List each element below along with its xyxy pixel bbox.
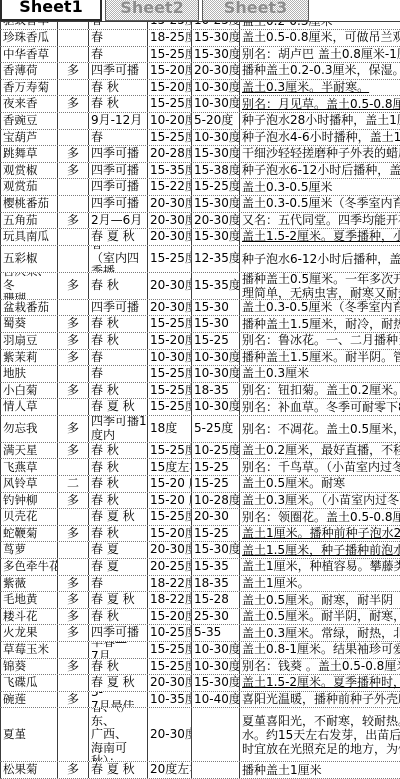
cell-growth-type[interactable]: 多 [58, 213, 89, 229]
cell-note[interactable]: 播种盖土1.5厘米，耐冷，耐热，花 [240, 316, 400, 332]
cell-sow-season[interactable]: 春 夏 秋 [89, 509, 148, 525]
cell-sow-season[interactable]: 春 秋 [89, 443, 148, 459]
cell-plant-name[interactable]: 贝壳花 [0, 509, 58, 525]
cell-growth-temp[interactable]: 10-30度 [192, 130, 240, 146]
cell-growth-temp-text: 15-30度 [194, 676, 240, 690]
cell-growth-type[interactable]: 多 [58, 493, 89, 509]
cell-plant-name[interactable]: 勿忘我 [0, 416, 58, 442]
cell-germination-temp[interactable]: 20度左右 [148, 762, 192, 778]
cell-germination-temp[interactable]: 18-25度 [148, 30, 192, 46]
cell-growth-temp[interactable]: 15-25度 [192, 179, 240, 195]
note-lines: 盖土0.3-0.5厘米 [242, 180, 333, 195]
cell-growth-type[interactable] [58, 675, 89, 691]
cell-plant-name[interactable]: 毛地黄 [0, 592, 58, 608]
cell-plant-name[interactable]: 情人草 [0, 399, 58, 415]
cell-note[interactable]: 盖土1厘米。 [240, 576, 400, 592]
cell-germination-temp-text: 15-20 度 [150, 477, 192, 491]
cell-growth-temp[interactable]: 12-35度 [192, 246, 240, 272]
table-row: 小白菊多春 秋15-25度18-35别名：钮扣菊。盖土0.2厘米。花 [0, 383, 400, 400]
cell-growth-temp[interactable]: 5-35 [192, 625, 240, 641]
cell-note[interactable]: 盖土1厘米，种植容易。攀藤类植 [240, 559, 400, 575]
cell-note[interactable]: 别名：鲁冰花。一、二月播种当年 [240, 333, 400, 349]
cell-growth-temp[interactable]: 15-38度 [192, 163, 240, 179]
cell-growth-type[interactable]: 多 [58, 316, 89, 332]
cell-growth-type-text: 多 [67, 334, 79, 348]
cell-growth-type[interactable] [58, 459, 89, 475]
cell-growth-temp[interactable]: 10-28度 [192, 493, 240, 509]
cell-growth-type[interactable]: 多 [58, 350, 89, 366]
cell-growth-type[interactable]: 多 [58, 273, 89, 299]
cell-plant-name[interactable]: 多色牵牛花 [0, 559, 58, 575]
cell-plant-name[interactable]: 火龙果 [0, 625, 58, 641]
cell-note[interactable]: 别名：钱葵 。盖土0.5-0.8厘米 耐 [240, 659, 400, 675]
cell-note[interactable]: 盖土0.3-0.5厘米（冬季室内育苗） [240, 300, 400, 316]
cell-sow-season[interactable]: 春、（广 东、广西、 海南可 秋）； [89, 708, 148, 761]
cell-plant-name-text: 盆栽番茄 [3, 301, 49, 315]
cell-sow-season[interactable]: 春 [89, 350, 148, 366]
cell-sow-season[interactable]: 四季可播 [89, 625, 148, 641]
cell-growth-type[interactable]: 二 [58, 476, 89, 492]
cell-sow-season[interactable]: 四季可播 [89, 63, 148, 79]
cell-germination-temp[interactable]: 15-25度 [148, 399, 192, 415]
cell-sow-season[interactable]: 春 夏 秋 [89, 675, 148, 691]
cell-sow-season[interactable]: 四季可播 [89, 300, 148, 316]
cell-plant-name[interactable]: 满天星 [0, 443, 58, 459]
cell-sow-season[interactable]: 春 夏 秋 [89, 399, 148, 415]
cell-germination-temp[interactable]: 20-30度 [148, 273, 192, 299]
cell-growth-temp[interactable]: 15-30度 [192, 196, 240, 212]
cell-plant-name[interactable]: 飞燕草 [0, 459, 58, 475]
cell-sow-season-text: 春 秋 [91, 660, 119, 674]
cell-sow-season-text: 9月-12月 [91, 114, 142, 128]
cell-sow-season[interactable]: 2月—6月 [89, 213, 148, 229]
note-line-text: 盖土0.3厘米。（小苗室内过冬） [242, 493, 400, 508]
cell-plant-name[interactable]: 五彩椒 [0, 246, 58, 272]
cell-germination-temp[interactable]: 10-35度 [148, 692, 192, 708]
cell-growth-type[interactable]: 多 [58, 692, 89, 708]
cell-germination-temp[interactable]: 20-30度 [148, 229, 192, 245]
cell-growth-temp-text: 15-35度 [194, 279, 240, 293]
cell-germination-temp[interactable]: 15-25度 [148, 443, 192, 459]
cell-sow-season[interactable]: 春 秋 [89, 476, 148, 492]
cell-growth-type[interactable]: 多 [58, 163, 89, 179]
cell-germination-temp[interactable]: 15-25度 [148, 246, 192, 272]
cell-growth-type[interactable] [58, 246, 89, 272]
cell-growth-type[interactable]: 多 [58, 96, 89, 112]
cell-sow-season[interactable]: 春 秋 [89, 333, 148, 349]
cell-growth-temp[interactable]: 5-20度 [192, 113, 240, 129]
cell-plant-name[interactable]: 地肤 [0, 366, 58, 382]
cell-germination-temp[interactable]: 15-20度 [148, 80, 192, 96]
cell-note[interactable]: 别名：胡卢巴 盖土0.8厘米-1厘米 [240, 47, 400, 63]
cell-note[interactable]: 播种盖土1.5厘米。耐半阴。管理 [240, 350, 400, 366]
cell-growth-temp[interactable]: 10-30度 [192, 96, 240, 112]
cell-growth-type[interactable]: 多 [58, 333, 89, 349]
cell-sow-season[interactable]: 春 夏 [89, 559, 148, 575]
cell-plant-name-text: 夏堇 [3, 728, 26, 742]
cell-note[interactable]: 种子泡水4-6小时播种，盖土1厘米 [240, 130, 400, 146]
note-line-text: 别名：钮扣菊。盖土0.2厘米。花 [242, 383, 400, 398]
cell-sow-season[interactable]: 春 秋 [89, 383, 148, 399]
cell-growth-type[interactable] [58, 399, 89, 415]
cell-germination-temp[interactable]: 15-20 度 [148, 493, 192, 509]
cell-sow-season[interactable]: 春 秋 [89, 459, 148, 475]
cell-germination-temp[interactable]: 20-30度 [148, 708, 192, 761]
cell-growth-temp[interactable]: 15-30度 [192, 675, 240, 691]
cell-plant-name[interactable]: 锦葵 [0, 659, 58, 675]
note-line-text: 喜阳光温暖，播种前种子外壳磨壳 [242, 692, 400, 707]
cell-plant-name-text: 樱桃番茄 [3, 197, 49, 211]
cell-sow-season-text: 春 [91, 131, 103, 145]
cell-growth-temp[interactable]: 15-25 [192, 526, 240, 542]
cell-sow-season[interactable]: 春 秋 [89, 273, 148, 299]
cell-germination-temp[interactable]: 15-25度 [148, 316, 192, 332]
cell-germination-temp[interactable]: 20-25度 [148, 559, 192, 575]
cell-germination-temp[interactable]: 10-25度 [148, 625, 192, 641]
cell-note[interactable]: 别名：领圈花。盖土0.5-0.8厘米。 [240, 509, 400, 525]
cell-note[interactable]: 盖土0.5厘米。耐半阴，耐寒，北方 [240, 609, 400, 625]
cell-sow-season[interactable]: 3-7月最佳 [89, 692, 148, 708]
cell-plant-name[interactable]: 风铃草 [0, 476, 58, 492]
cell-plant-name[interactable]: 草莓玉米 [0, 642, 58, 658]
cell-note[interactable]: 别名：补血草。冬季可耐零下8-15 [240, 399, 400, 415]
cell-growth-temp[interactable]: 15-35 [192, 559, 240, 575]
cell-germination-temp-text: 15-22度 [150, 180, 192, 194]
cell-sow-season[interactable]: 四季可播 [89, 163, 148, 179]
note-line-text: 盖土0.5厘米。耐寒，耐半阴 [242, 593, 393, 608]
cell-note[interactable]: 播种盖土0.5厘米。一年多次开花，理简单，无病虫害，耐寒又耐热， [240, 273, 400, 299]
cell-growth-temp[interactable]: 15-30度 [192, 146, 240, 162]
cell-growth-type[interactable]: 多 [58, 526, 89, 542]
cell-sow-season[interactable]: 春 夏 秋 [89, 762, 148, 778]
cell-growth-temp[interactable]: 20-30度 [192, 213, 240, 229]
cell-growth-type[interactable]: 多 [58, 625, 89, 641]
table-row: 勿忘我多四季可播18 度内18度5-25度别名：不凋花。盖土0.5厘米，直播 [0, 416, 400, 443]
cell-growth-temp[interactable]: 10-30度 [192, 366, 240, 382]
cell-germination-temp[interactable]: 15-25度 [148, 659, 192, 675]
cell-growth-temp[interactable]: 5-25度 [192, 416, 240, 442]
cell-growth-type[interactable] [58, 80, 89, 96]
cell-sow-season[interactable]: 春 夏 秋 [89, 592, 148, 608]
cell-plant-name[interactable]: 夏堇 [0, 708, 58, 761]
cell-plant-name[interactable]: 紫茉莉 [0, 350, 58, 366]
cell-growth-type[interactable] [58, 366, 89, 382]
cell-growth-temp[interactable]: 18-35 [192, 383, 240, 399]
cell-note[interactable]: 种子泡水6-12小时后播种，盖土1厘 [240, 163, 400, 179]
cell-growth-temp[interactable]: 10-30度 [192, 659, 240, 675]
cell-growth-temp[interactable]: 25-30 [192, 609, 240, 625]
cell-plant-name[interactable]: 中华香草 [0, 47, 58, 63]
cell-note[interactable]: 盖土0.3-0.5厘米（冬季室内育苗） [240, 196, 400, 212]
cell-germination-temp[interactable]: 15-25度 [148, 509, 192, 525]
cell-sow-season[interactable]: 早春—7月 [89, 642, 148, 658]
cell-sow-season-text: 春 秋 [91, 444, 119, 458]
cell-growth-temp[interactable]: 15-30度 [192, 229, 240, 245]
cell-growth-type[interactable]: 多 [58, 146, 89, 162]
cell-germination-temp-text: 15-20度 [150, 64, 192, 78]
cell-growth-type[interactable] [58, 47, 89, 63]
cell-growth-type[interactable] [58, 113, 89, 129]
cell-note[interactable]: 盖土1.5-2厘米。夏季播种，小苗要 [240, 229, 400, 245]
cell-note[interactable]: 盖土0.2厘米，最好直播，不移盆。 [240, 443, 400, 459]
cell-sow-season[interactable]: 四季可播 [89, 196, 148, 212]
cell-growth-type[interactable] [58, 196, 89, 212]
cell-sow-season[interactable]: 春 [89, 130, 148, 146]
cell-note[interactable]: 盖土1.5厘米，种子播种前泡水6小 [240, 542, 400, 558]
cell-germination-temp[interactable]: 20-30度 [148, 300, 192, 316]
table-row: 五角茄多2月—6月20-30度20-30度又名：五代同堂。四季均能开花， [0, 213, 400, 230]
table-row: 锦葵多春 秋15-25度10-30度别名：钱葵 。盖土0.5-0.8厘米 耐 [0, 659, 400, 676]
cell-sow-season[interactable]: 春 秋 [89, 80, 148, 96]
cell-plant-name[interactable]: 夜来香 [0, 96, 58, 112]
cell-note[interactable]: 盖土0.5厘米。耐寒 [240, 476, 400, 492]
cell-plant-name-text: 毛地黄 [3, 593, 38, 607]
cell-plant-name[interactable]: 观赏椒 [0, 163, 58, 179]
cell-growth-temp-text: 18-35 [194, 384, 229, 398]
cell-growth-type[interactable] [58, 559, 89, 575]
cell-growth-temp[interactable]: 15-25 [192, 476, 240, 492]
cell-note[interactable]: 别名：钮扣菊。盖土0.2厘米。花 [240, 383, 400, 399]
cell-plant-name[interactable]: 碗莲 [0, 692, 58, 708]
cell-growth-temp[interactable]: 15-35度 [192, 273, 240, 299]
cell-growth-type-text: 多 [67, 214, 79, 228]
cell-germination-temp[interactable]: 15-25度 [148, 383, 192, 399]
cell-growth-temp[interactable]: 15-30 [192, 316, 240, 332]
cell-growth-type[interactable] [58, 229, 89, 245]
cell-growth-type-text: 多 [67, 317, 79, 331]
cell-germination-temp[interactable]: 20-28度 [148, 146, 192, 162]
cell-plant-name[interactable]: 松果菊 [0, 762, 58, 778]
cell-germination-temp[interactable]: 15-25度 [148, 130, 192, 146]
cell-plant-name[interactable]: 蛇鞭菊 [0, 526, 58, 542]
cell-plant-name[interactable]: 跳舞草 [0, 146, 58, 162]
cell-sow-season[interactable]: 春 秋 [89, 493, 148, 509]
cell-germination-temp[interactable]: 15-20度 [148, 526, 192, 542]
cell-germination-temp-text: 10-25度 [150, 626, 192, 640]
cell-growth-temp[interactable] [192, 708, 240, 761]
cell-growth-temp[interactable]: 10-30度 [192, 399, 240, 415]
cell-plant-name[interactable]: 香万寿菊 [0, 80, 58, 96]
table-row: 满天星多春 秋15-25度10-25度盖土0.2厘米，最好直播，不移盆。 [0, 443, 400, 460]
tab-sheet3[interactable]: Sheet3 [202, 0, 309, 21]
cell-growth-temp[interactable]: 10-40度 [192, 692, 240, 708]
cell-plant-name[interactable]: 钓钟柳 [0, 493, 58, 509]
cell-plant-name[interactable]: 紫薇 [0, 576, 58, 592]
cell-plant-name[interactable]: 茑萝 [0, 542, 58, 558]
cell-note[interactable]: 种子泡水28小时播种，盖土1厘米 [240, 113, 400, 129]
cell-germination-temp-text: 20-30度 [150, 301, 192, 315]
cell-germination-temp-text: 18-22度 [150, 577, 192, 591]
cell-germination-temp[interactable]: 18-22度 [148, 576, 192, 592]
cell-sow-season-text: 春 秋 [91, 461, 119, 475]
cell-growth-temp[interactable]: 15-30度 [192, 30, 240, 46]
cell-sow-season[interactable]: 四季可播 [89, 179, 148, 195]
cell-plant-name[interactable]: 观赏茄 [0, 179, 58, 195]
note-lines: 盖土0.5厘米。耐半阴，耐寒，北方 [242, 609, 400, 624]
cell-plant-name[interactable]: 香薄荷 [0, 63, 58, 79]
cell-plant-name-text: 飞燕草 [3, 461, 38, 475]
tab-sheet1[interactable]: Sheet1 [0, 0, 102, 21]
cell-growth-temp[interactable]: 10-30度 [192, 350, 240, 366]
cell-germination-temp[interactable]: 20-30度 [148, 542, 192, 558]
cell-sow-season[interactable]: 春 秋 [89, 659, 148, 675]
cell-growth-temp[interactable]: 10-30度 [192, 642, 240, 658]
cell-germination-temp[interactable]: 18-22度 [148, 592, 192, 608]
cell-germination-temp[interactable]: 20-30度 [148, 213, 192, 229]
cell-sow-season[interactable]: 四季可播18 度内 [89, 416, 148, 442]
cell-germination-temp[interactable]: 10-30度 [148, 350, 192, 366]
cell-germination-temp[interactable]: 15-25度 [148, 47, 192, 63]
cell-germination-temp[interactable]: 20-30度 [148, 196, 192, 212]
cell-growth-temp[interactable] [192, 762, 240, 778]
cell-sow-season[interactable]: 春 [89, 576, 148, 592]
cell-note[interactable]: 盖土0.5厘米。耐寒，耐半阴 [240, 592, 400, 608]
cell-note[interactable]: 盖土1.5-2厘米。夏季播种时，小苗 [240, 675, 400, 691]
table-row: 宝葫芦春15-25度10-30度种子泡水4-6小时播种，盖土1厘米 [0, 130, 400, 147]
cell-growth-temp[interactable]: 20-30度 [192, 63, 240, 79]
cell-sow-season[interactable]: 春 夏 [89, 542, 148, 558]
cell-note[interactable]: 干细沙轻轻搓磨种子外表的蜡质， [240, 146, 400, 162]
cell-sow-season[interactable]: 春 秋 [89, 96, 148, 112]
cell-growth-temp[interactable]: 15-25 [192, 459, 240, 475]
cell-growth-type[interactable] [58, 130, 89, 146]
cell-sow-season[interactable]: 9月-12月 [89, 113, 148, 129]
cell-plant-name[interactable]: 吉庆果、冬 珊瑚 [0, 273, 58, 299]
tab-sheet2[interactable]: Sheet2 [105, 0, 199, 21]
cell-growth-type[interactable]: 多 [58, 383, 89, 399]
cell-plant-name-text: 锦葵 [3, 660, 26, 674]
cell-note[interactable]: 盖土0.3-0.5厘米 [240, 179, 400, 195]
cell-growth-type[interactable]: 多 [58, 609, 89, 625]
note-line-text: 盖土0.8-1厘米。结果袖珍可爱，就 [242, 642, 400, 657]
cell-plant-name[interactable]: 耧斗花 [0, 609, 58, 625]
cell-plant-name[interactable]: 小白菊 [0, 383, 58, 399]
cell-growth-type[interactable] [58, 509, 89, 525]
cell-germination-temp[interactable]: 15度左右 [148, 459, 192, 475]
cell-growth-type[interactable] [58, 300, 89, 316]
cell-germination-temp[interactable]: 15-25度 [148, 366, 192, 382]
cell-plant-name[interactable]: 宝葫芦 [0, 130, 58, 146]
cell-growth-type[interactable]: 多 [58, 63, 89, 79]
cell-sow-season[interactable]: 四季可播 [89, 146, 148, 162]
cell-note[interactable]: 播种盖土0.2-0.3厘米，保湿。 [240, 63, 400, 79]
cell-growth-type[interactable] [58, 642, 89, 658]
cell-growth-temp[interactable]: 15-28 [192, 592, 240, 608]
cell-sow-season[interactable]: 春 夏 秋 [89, 229, 148, 245]
cell-plant-name[interactable]: 玩具南瓜 [0, 229, 58, 245]
cell-growth-type[interactable]: 多 [58, 416, 89, 442]
cell-plant-name[interactable]: 樱桃番茄 [0, 196, 58, 212]
cell-plant-name-text: 松果菊 [3, 763, 38, 777]
cell-note[interactable]: 盖土0.3厘米 [240, 366, 400, 382]
cell-sow-season[interactable]: 春 [89, 30, 148, 46]
cell-plant-name-text: 珍珠香瓜 [3, 31, 49, 45]
cell-growth-type-text: 多 [67, 527, 79, 541]
cell-note[interactable]: 盖土0.3厘米。（小苗室内过冬） [240, 493, 400, 509]
cell-growth-temp-text: 15-28 [194, 593, 229, 607]
cell-growth-temp[interactable]: 10-25度 [192, 443, 240, 459]
cell-note[interactable]: 别名：月见草。盖土0.5-0.8厘米。 [240, 96, 400, 112]
cell-growth-type[interactable]: 多 [58, 592, 89, 608]
cell-germination-temp[interactable]: 10-20度 [148, 113, 192, 129]
cell-sow-season[interactable]: 春（室内四 季播 [89, 246, 148, 272]
cell-sow-season[interactable]: 春 [89, 366, 148, 382]
cell-plant-name[interactable]: 五角茄 [0, 213, 58, 229]
cell-note[interactable]: 盖土1厘米。播种前种子泡水24小 [240, 526, 400, 542]
cell-note[interactable]: 盖土0.8-1厘米。结果袖珍可爱，就 [240, 642, 400, 658]
cell-growth-temp[interactable]: 15-25 [192, 333, 240, 349]
cell-growth-temp[interactable]: 15-30度 [192, 542, 240, 558]
cell-germination-temp[interactable]: 15-20 度 [148, 476, 192, 492]
cell-plant-name[interactable]: 珍珠香瓜 [0, 30, 58, 46]
cell-plant-name-text: 耧斗花 [3, 610, 38, 624]
cell-germination-temp-text: 15-25度 [150, 317, 192, 331]
cell-growth-type[interactable]: 多 [58, 762, 89, 778]
cell-germination-temp[interactable]: 15-22度 [148, 179, 192, 195]
cell-note[interactable]: 夏堇喜阳光，不耐寒，较耐热。因水。约15天左右发芽，出苗后去掉时宜放在光照充足的… [240, 708, 400, 761]
table-row: 茑萝春 夏20-30度15-30度盖土1.5厘米，种子播种前泡水6小 [0, 542, 400, 559]
cell-note[interactable]: 又名：五代同堂。四季均能开花， [240, 213, 400, 229]
cell-germination-temp-text: 15-25度 [150, 367, 192, 381]
cell-growth-temp[interactable]: 20-30 [192, 509, 240, 525]
cell-note[interactable]: 盖土0.5-0.8厘米，可做吊兰观赏。 [240, 30, 400, 46]
cell-growth-type[interactable]: 多 [58, 576, 89, 592]
cell-germination-temp-text: 15-20度 [150, 610, 192, 624]
cell-germination-temp[interactable]: 15-20度 [148, 333, 192, 349]
cell-germination-temp[interactable]: 15-20度 [148, 63, 192, 79]
cell-note[interactable]: 别名：不凋花。盖土0.5厘米，直播 [240, 416, 400, 442]
cell-growth-type[interactable] [58, 542, 89, 558]
cell-sow-season[interactable]: 春 秋 [89, 609, 148, 625]
cell-growth-type[interactable]: 多 [58, 659, 89, 675]
cell-plant-name[interactable]: 飞碟瓜 [0, 675, 58, 691]
cell-plant-name[interactable]: 蜀葵 [0, 316, 58, 332]
cell-note[interactable]: 种子泡水6-12小时后播种，盖土1厘 [240, 246, 400, 272]
cell-germination-temp[interactable]: 20-30度 [148, 675, 192, 691]
note-lines: 干细沙轻轻搓磨种子外表的蜡质， [242, 146, 400, 161]
cell-germination-temp[interactable]: 15-25度 [148, 96, 192, 112]
cell-plant-name[interactable]: 盆栽番茄 [0, 300, 58, 316]
cell-germination-temp[interactable]: 18度 [148, 416, 192, 442]
cell-growth-temp[interactable]: 15-30 [192, 300, 240, 316]
cell-sow-season[interactable]: 春 秋 [89, 316, 148, 332]
cell-note[interactable]: 盖土0.3厘米。半耐寒。 [240, 80, 400, 96]
cell-growth-type[interactable] [58, 30, 89, 46]
cell-growth-temp[interactable]: 18-35 [192, 576, 240, 592]
note-line-text: 盖土0.3-0.5厘米 [242, 180, 333, 195]
cell-germination-temp[interactable]: 15-25度 [148, 642, 192, 658]
cell-growth-temp[interactable]: 15-30度 [192, 47, 240, 63]
cell-germination-temp[interactable]: 15-20度 [148, 609, 192, 625]
cell-growth-temp-text: 5-25度 [194, 422, 233, 436]
cell-sow-season[interactable]: 春 秋 [89, 526, 148, 542]
cell-sow-season[interactable]: 春 [89, 47, 148, 63]
note-line-text: 又名：五代同堂。四季均能开花， [242, 213, 400, 228]
cell-growth-type[interactable] [58, 708, 89, 761]
cell-plant-name[interactable]: 香豌豆 [0, 113, 58, 129]
cell-germination-temp-text: 10-20度 [150, 114, 192, 128]
cell-germination-temp[interactable]: 15-35度 [148, 163, 192, 179]
cell-note[interactable]: 别名：千鸟草。（小苗室内过冬） [240, 459, 400, 475]
cell-note[interactable]: 喜阳光温暖，播种前种子外壳磨壳 [240, 692, 400, 708]
cell-growth-temp-text: 5-20度 [194, 114, 233, 128]
cell-note[interactable]: 播种盖土1厘米 [240, 762, 400, 778]
cell-growth-type[interactable] [58, 179, 89, 195]
cell-plant-name[interactable]: 羽扇豆 [0, 333, 58, 349]
cell-growth-temp[interactable]: 10-30度 [192, 80, 240, 96]
cell-growth-type[interactable]: 多 [58, 443, 89, 459]
cell-note[interactable]: 盖土0.3厘米。常绿，耐热，北方宜 [240, 625, 400, 641]
